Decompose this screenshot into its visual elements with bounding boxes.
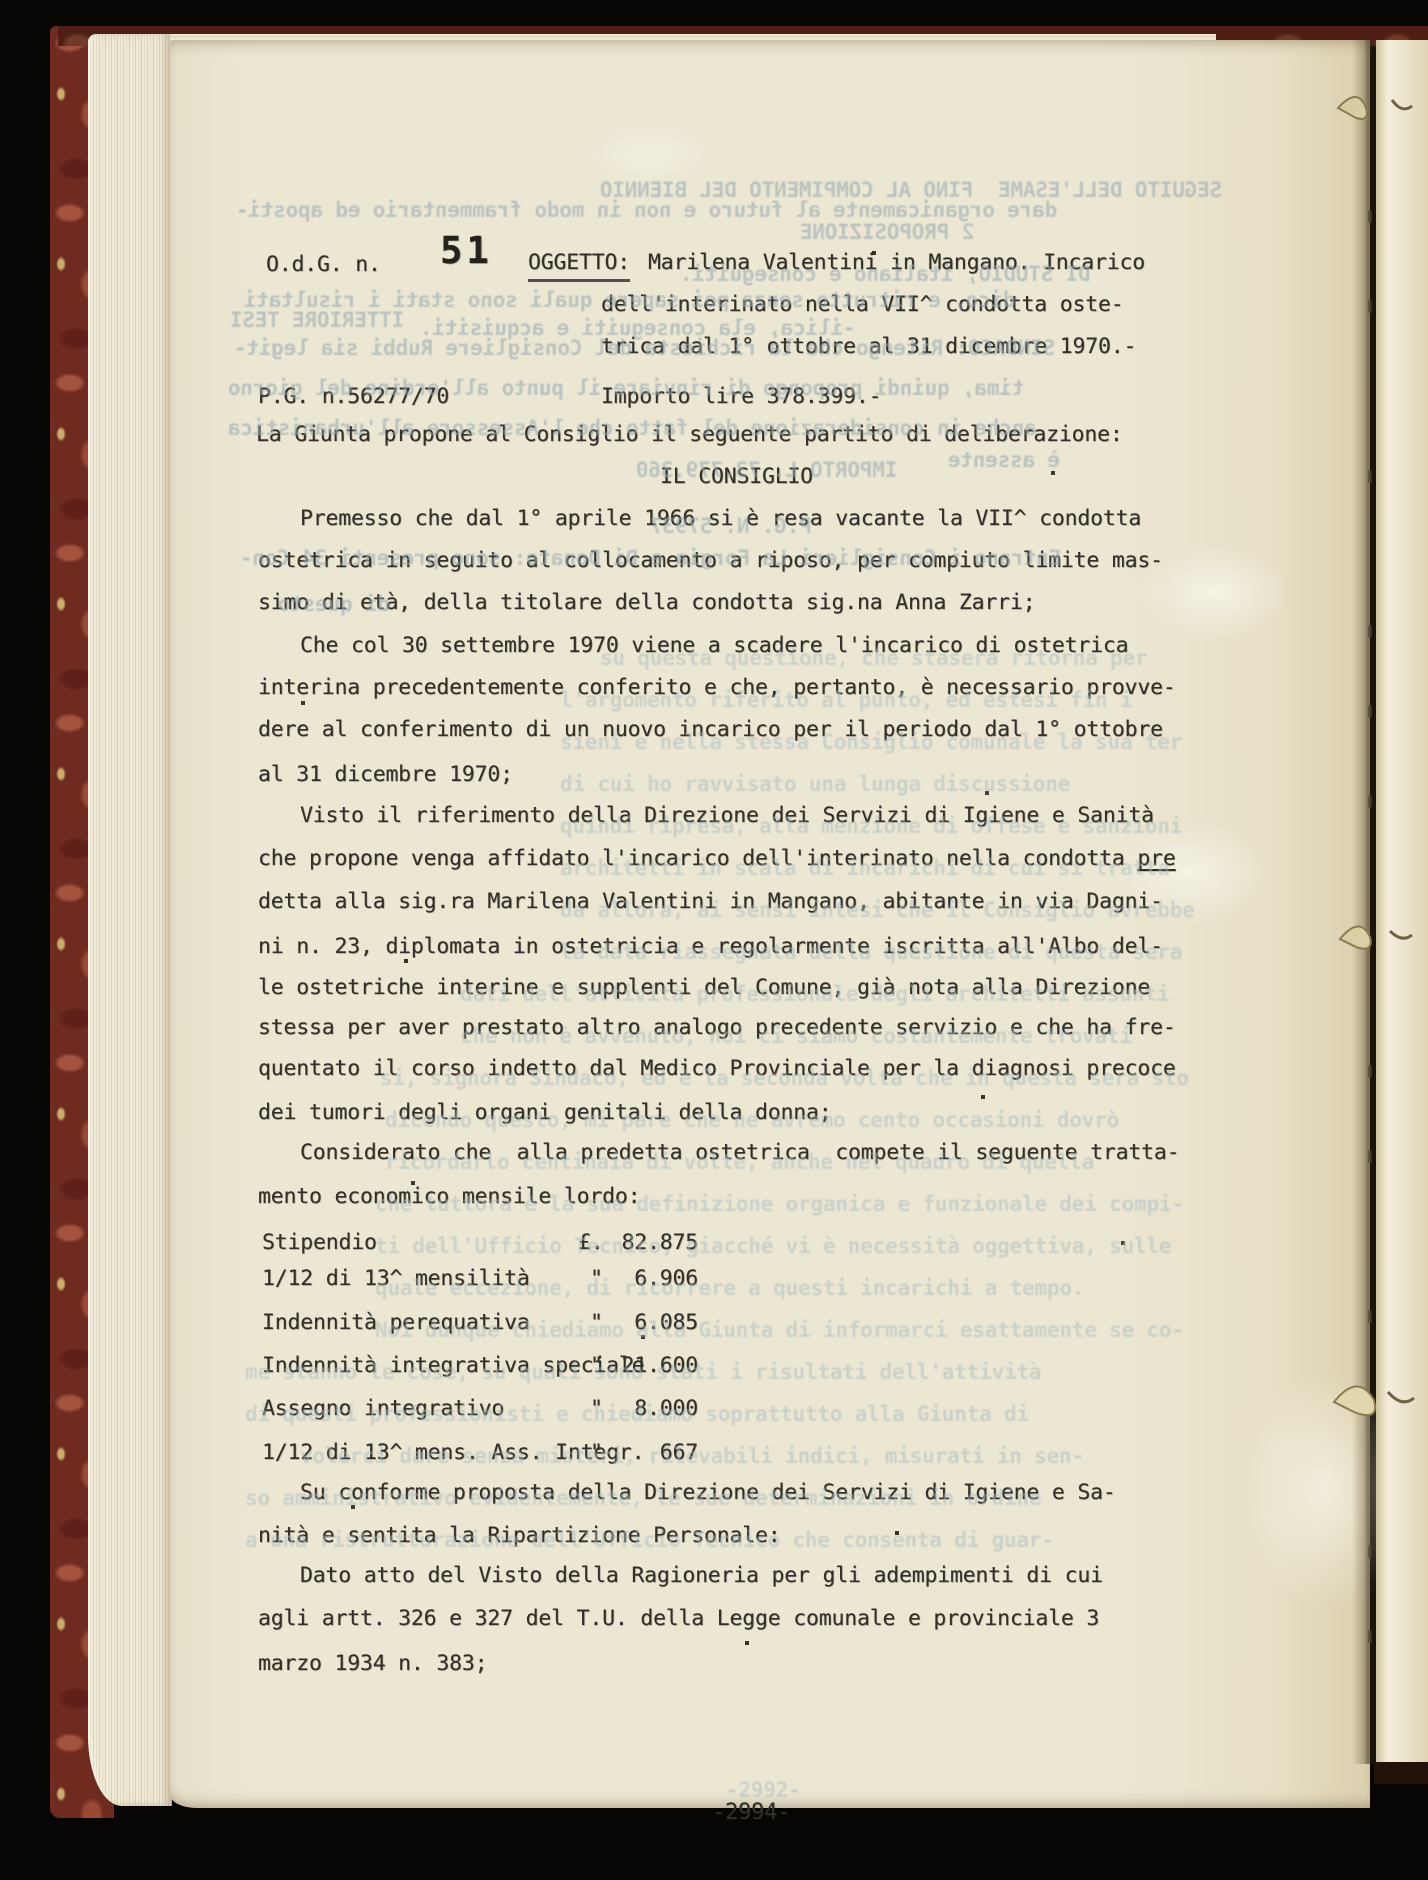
page-stack-edges bbox=[88, 34, 172, 1806]
stitch-mark bbox=[1368, 625, 1372, 638]
bleedthrough-mirrored-line: tima, quindi propongo di rinviare il pun… bbox=[228, 376, 1024, 400]
bleedthrough-line: Noi dunque chiediamo alla Giunta di info… bbox=[375, 1318, 1184, 1342]
bleedthrough-line: di cui ho ravvisato una lunga discussion… bbox=[560, 772, 1070, 796]
agenda-item-number: 51 bbox=[440, 238, 493, 264]
bleedthrough-line: a una ristrutturazione dell'Ufficio Tecn… bbox=[245, 1528, 1054, 1552]
stitch-mark bbox=[1368, 1150, 1372, 1163]
stitch-mark bbox=[1368, 1310, 1372, 1323]
ink-speckles bbox=[0, 0, 2, 2]
bleedthrough-line: so amministrativo evidentemente, le sue … bbox=[245, 1486, 1041, 1510]
bleedthrough-line: -2992- bbox=[726, 1778, 801, 1802]
binding-thread bbox=[1322, 1362, 1422, 1442]
bleedthrough-line: sieni e nella stessa Consiglio comunale … bbox=[560, 730, 1182, 754]
bleedthrough-line: che non è avvenuto, noi ci siamo costant… bbox=[460, 1024, 1132, 1048]
typed-line: marzo 1934 n. 383; bbox=[258, 1651, 487, 1677]
agenda-item-label: O.d.G. n. bbox=[266, 252, 381, 278]
facing-page-bottom-shadow bbox=[1374, 1762, 1428, 1784]
bleedthrough-line: si, signora Sindaco, ed è la seconda vol… bbox=[380, 1066, 1189, 1090]
bleedthrough-mirrored-line: P.G. N. 57937 bbox=[650, 514, 812, 538]
stitch-mark bbox=[1368, 795, 1372, 808]
scanned-register-page: O.d.G. n. 51 OGGETTO: Marilena Valentini… bbox=[0, 0, 1428, 1880]
stitch-mark bbox=[1368, 470, 1372, 483]
bleedthrough-line: quale eccezione, di ricorrere a questi i… bbox=[375, 1276, 1084, 1300]
stitch-mark bbox=[1368, 1630, 1372, 1643]
binding-thread bbox=[1330, 905, 1420, 965]
bleedthrough-mirrored-line: Entrano i Consiglieri La Forgia e Di Don… bbox=[240, 546, 1061, 570]
bleedthrough-mirrored-line: di questo bbox=[278, 592, 390, 616]
bleedthrough-line: ricordarlo centinaia di volte, anche nel… bbox=[385, 1150, 1094, 1174]
bleedthrough-line: ti dell'Ufficio Tecnico, giacché vi è ne… bbox=[375, 1234, 1171, 1258]
bleedthrough-line: l'argomento riferito al punto, ed estesi… bbox=[560, 688, 1132, 712]
bleedthrough-mirrored-line: è assente bbox=[948, 448, 1060, 472]
binding-thread bbox=[1330, 78, 1420, 138]
bleedthrough-mirrored-line: DI STUDIO, italiano e conseguiti. bbox=[680, 262, 1091, 286]
bleedthrough-line: la data riassegnata della questione di q… bbox=[560, 940, 1182, 964]
subject-label: OGGETTO: bbox=[528, 250, 630, 282]
bleedthrough-mirrored-line: SINDACO: Ritengo che la richiesta del Co… bbox=[234, 336, 1055, 360]
bleedthrough-mirrored-line: dare organicamente al futuro e non in mo… bbox=[236, 198, 1057, 222]
bleedthrough-line: dicendo questo, mi pare che ne avremo ce… bbox=[385, 1108, 1119, 1132]
bleedthrough-line: su questa questione, che stasera ritorna… bbox=[600, 646, 1148, 670]
bleedthrough-line: quindi ripresa, alla menzione di offese … bbox=[560, 814, 1182, 838]
stitch-mark bbox=[1368, 300, 1372, 313]
bleedthrough-line: dati dell'attività professionale degli a… bbox=[460, 982, 1169, 1006]
bleedthrough-line: di questi professionisti e chiediamo sop… bbox=[245, 1402, 1029, 1426]
bleedthrough-line: me stanno le cose, su quali sono stati i… bbox=[245, 1360, 1041, 1384]
stitch-mark bbox=[1368, 705, 1372, 718]
bleedthrough-line: volerci dare senza misteri, rilevabili i… bbox=[300, 1444, 1084, 1468]
stitch-mark bbox=[1368, 1545, 1372, 1558]
bleedthrough-line: che tuttora è la sua definizione organic… bbox=[375, 1192, 1184, 1216]
bleedthrough-line: da allora, ai sensi intesi che il Consig… bbox=[560, 898, 1195, 922]
typed-line: Dato atto del Visto della Ragioneria per… bbox=[300, 1563, 1103, 1589]
page-number: -2994- bbox=[712, 1800, 790, 1826]
bleedthrough-mirrored-line: ITTERIORE TESI bbox=[230, 308, 404, 332]
facing-page-edge bbox=[1376, 40, 1428, 1764]
bleedthrough-mirrored-line: anche in considerazione del fatto che l'… bbox=[228, 416, 1037, 440]
stitch-mark bbox=[1368, 1065, 1372, 1078]
bleedthrough-mirrored-line: 2 PROPOSIZIONE bbox=[800, 220, 974, 244]
bleedthrough-mirrored-line: IMPORTO L. 73.779.360 bbox=[636, 458, 897, 482]
bleedthrough-line: architetti in scala di incarichi di cui … bbox=[560, 856, 1170, 880]
binding-gutter bbox=[1352, 40, 1378, 1764]
typed-line: agli artt. 326 e 327 del T.U. della Legg… bbox=[258, 1606, 1099, 1632]
salary-row-label: Stipendio bbox=[262, 1230, 377, 1256]
typed-line: al 31 dicembre 1970; bbox=[258, 762, 513, 788]
stitch-mark bbox=[1368, 210, 1372, 223]
